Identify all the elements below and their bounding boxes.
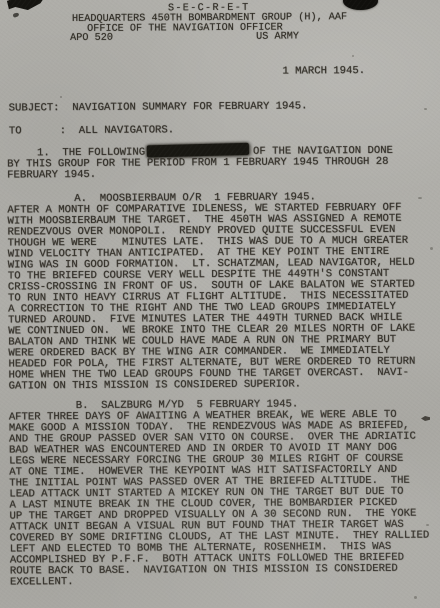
paper-speck <box>414 596 417 599</box>
paper-speck <box>430 247 433 250</box>
paper-speck <box>60 96 62 98</box>
paragraph-a-body: AFTER A MONTH OF COMPARATIVE IDLENESS, W… <box>7 203 415 393</box>
subject-line: SUBJECT: NAVIGATION SUMMARY FOR FEBRUARY… <box>9 101 308 114</box>
paper-speck <box>424 108 427 110</box>
army-label: US ARMY <box>256 32 299 42</box>
document-page: S-E-C-R-E-T HEADQUARTERS 450TH BOMBARDME… <box>0 0 440 608</box>
text-line: GATION ON THIS MISSION IS CONSIDERED SUP… <box>9 379 416 393</box>
typed-content: S-E-C-R-E-T HEADQUARTERS 450TH BOMBARDME… <box>0 0 440 608</box>
document-date: 1 MARCH 1945. <box>282 66 365 78</box>
text-line: EXCELLENT. <box>10 575 430 589</box>
paper-speck <box>352 55 354 57</box>
intro-paragraph: 1. THE FOLLOWINGOF THE NAVIGATION DONE B… <box>7 143 393 182</box>
to-line: TO : ALL NAVIGATORS. <box>9 125 174 137</box>
paragraph-b-body: AFTER THREE DAYS OF AWAITING A WEATHER B… <box>9 410 430 589</box>
paper-speck <box>418 197 422 199</box>
text-line: FEBRUARY 1945. <box>7 168 393 182</box>
apo-number: APO 520 <box>70 34 113 44</box>
paragraph-a: A. MOOSBIERBAUM O/R 1 FEBRUARY 1945. AFT… <box>7 192 415 393</box>
paper-speck <box>426 524 429 526</box>
paper-speck <box>240 268 242 270</box>
org-office-line: OFFICE OF THE NAVIGATION OFFICER <box>87 23 283 34</box>
redaction-mark <box>147 143 249 158</box>
paragraph-b: B. SALZBURG M/YD 5 FEBRUARY 1945. AFTER … <box>9 399 430 589</box>
